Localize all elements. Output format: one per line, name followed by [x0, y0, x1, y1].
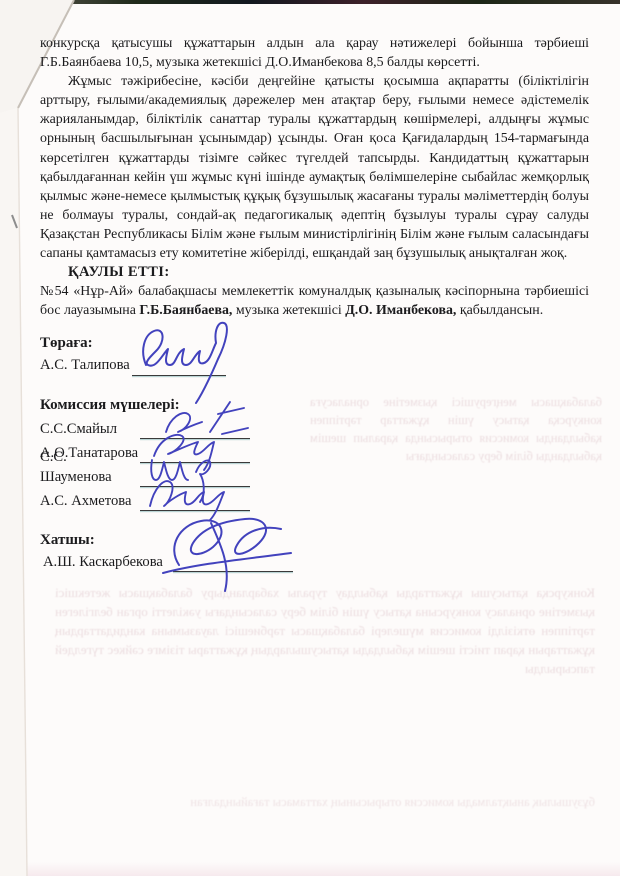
- signature-line: [173, 552, 293, 572]
- chairman-name: А.С. Талипова: [40, 356, 132, 375]
- resolution-text: музыка жетекшісі: [232, 303, 345, 318]
- scan-bottom-edge-artifact: [0, 862, 620, 876]
- member-name: С.С.Смайыл: [40, 420, 140, 439]
- secretary-signature-row: А.Ш. Каскарбекова: [40, 552, 589, 572]
- member-signature-row: С.С.Смайыл: [40, 417, 589, 439]
- chairman-signature-ink: [132, 313, 244, 405]
- signature-line: [140, 467, 250, 487]
- member-name: А.С. Ахметова: [40, 492, 140, 511]
- member-signature-row: С.С. Шауменова: [40, 465, 589, 487]
- scanned-document-page: балабақшасы меңгерушісі қызметіне орнала…: [0, 0, 620, 876]
- scan-top-edge-artifact: [51, 0, 620, 4]
- commission-label: Комиссия мүшелері:: [40, 396, 589, 415]
- signature-line: [140, 443, 250, 463]
- candidate-name-bold: Г.Б.Баянбаева,: [139, 303, 232, 318]
- candidate-name-bold: Д.О. Иманбекова,: [345, 303, 456, 318]
- bleedthrough-text: бұзушылық анықталмады комиссия отырысыны…: [150, 793, 595, 811]
- secretary-name: А.Ш. Каскарбекова: [40, 553, 173, 572]
- resolution-heading: ҚАУЛЫ ЕТТІ:: [68, 263, 589, 282]
- signature-line: [140, 491, 250, 511]
- resolution-text: қабылдансын.: [456, 303, 543, 318]
- member-name: С.С. Шауменова: [40, 448, 140, 486]
- resolution-paragraph: №54 «Нұр-Ай» балабақшасы мемлекеттік ком…: [40, 282, 589, 320]
- secretary-label: Хатшы:: [40, 531, 589, 550]
- experience-paragraph: Жұмыс тәжірибесіне, кәсіби деңгейіне қат…: [40, 72, 589, 263]
- document-body: конкурсқа қатысушы құжаттарын алдын ала …: [40, 34, 589, 572]
- bleedthrough-text: Конкурсқа қатысушы құжаттарды қабылдау т…: [55, 583, 595, 678]
- chairman-signature-row: А.С. Талипова: [40, 356, 589, 376]
- signature-line: [132, 356, 226, 376]
- member-signature-row: А.С. Ахметова: [40, 489, 589, 511]
- signature-line: [140, 419, 250, 439]
- continuation-paragraph: конкурсқа қатысушы құжаттарын алдын ала …: [40, 34, 589, 72]
- chairman-label: Төраға:: [40, 334, 589, 353]
